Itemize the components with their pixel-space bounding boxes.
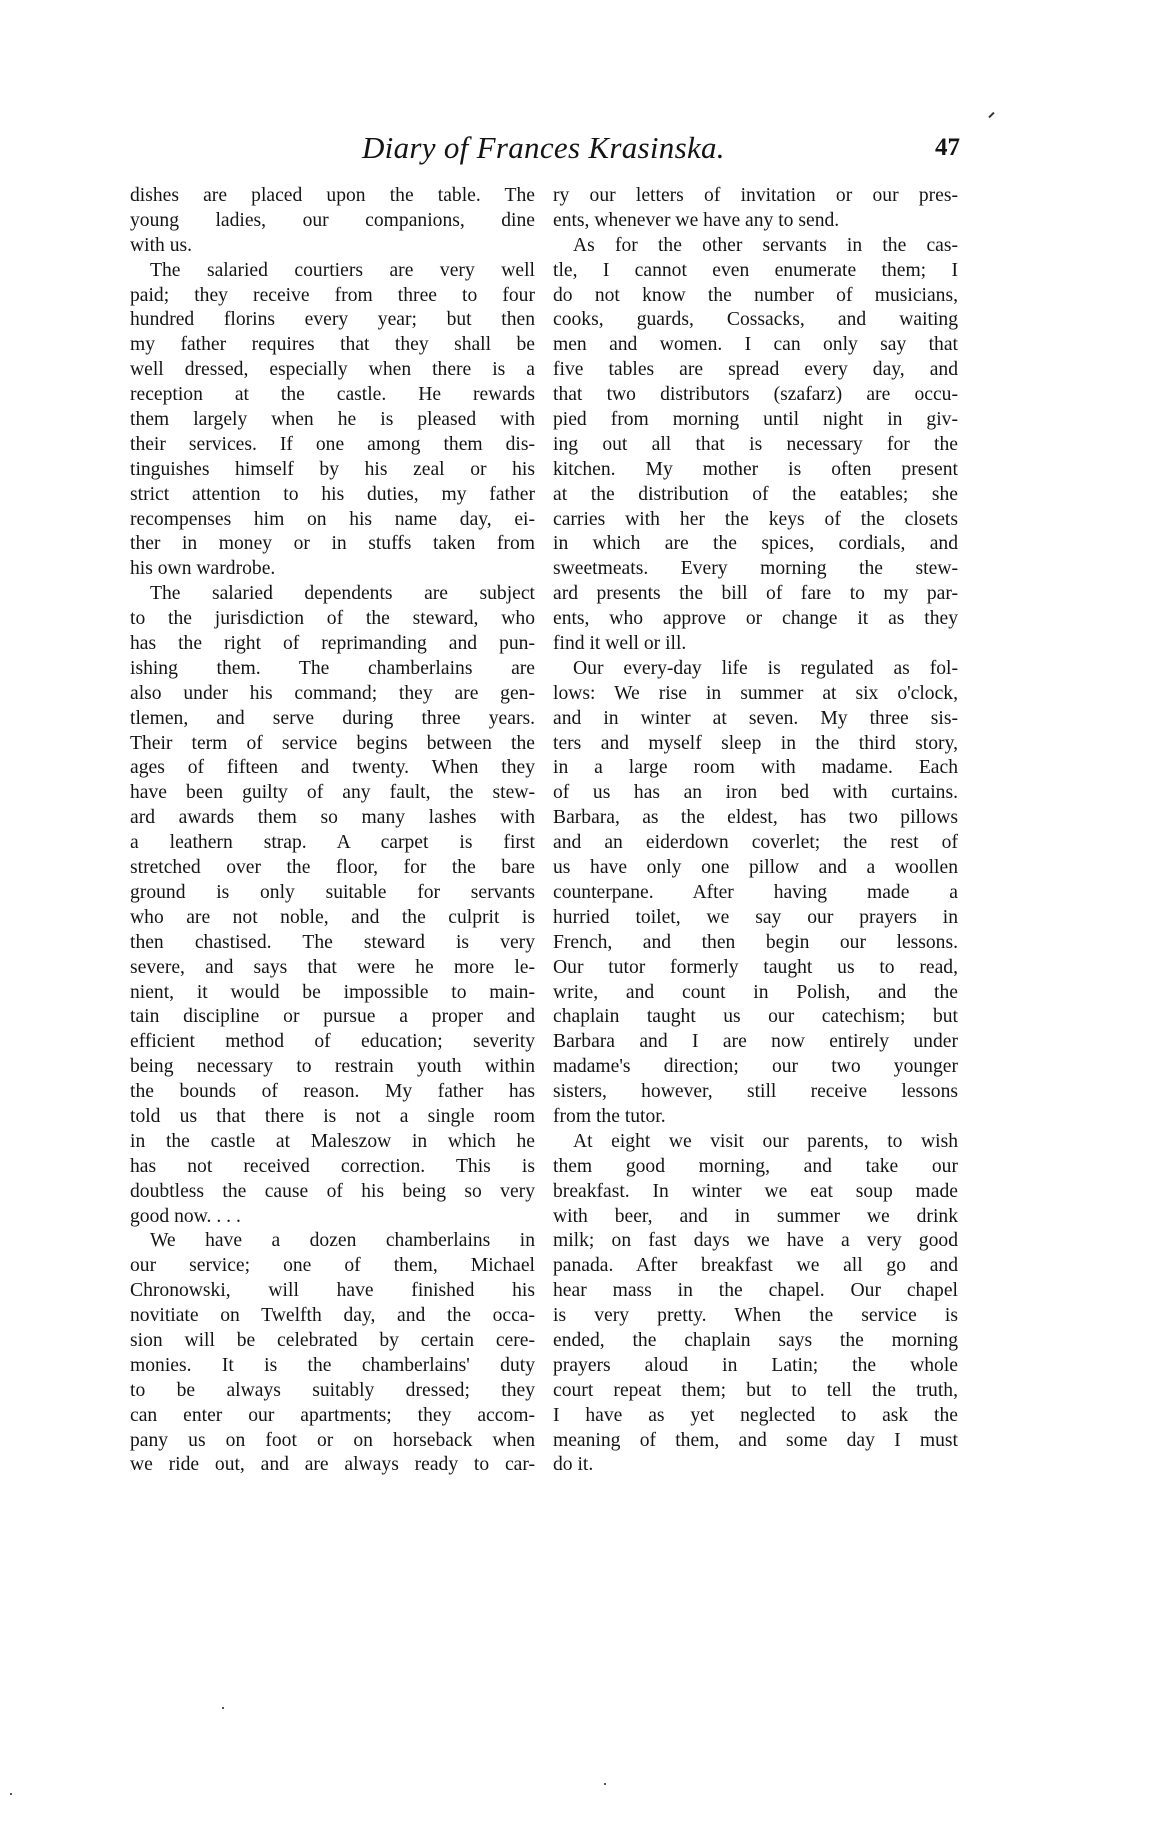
text-line: that two distributors (szafarz) are occu… [553, 383, 958, 408]
text-line: monies. It is the chamberlains' duty [130, 1354, 535, 1379]
text-line: has not received correction. This is [130, 1155, 535, 1180]
text-line: can enter our apartments; they accom- [130, 1404, 535, 1429]
text-line: Our tutor formerly taught us to read, [553, 956, 958, 981]
text-line: doubtless the cause of his being so very [130, 1180, 535, 1205]
text-line: being necessary to restrain youth within [130, 1055, 535, 1080]
text-line: is very pretty. When the service is [553, 1304, 958, 1329]
text-line: nient, it would be impossible to main- [130, 981, 535, 1006]
text-line: Our every-day life is regulated as fol- [553, 657, 958, 682]
text-line: in the castle at Maleszow in which he [130, 1130, 535, 1155]
text-line: has the right of reprimanding and pun- [130, 632, 535, 657]
text-line: We have a dozen chamberlains in [130, 1229, 535, 1254]
text-line: in a large room with madame. Each [553, 756, 958, 781]
text-line: stretched over the floor, for the bare [130, 856, 535, 881]
text-line: them good morning, and take our [553, 1155, 958, 1180]
text-line: recompenses him on his name day, ei- [130, 508, 535, 533]
print-speck [140, 1020, 142, 1022]
text-line: court repeat them; but to tell the truth… [553, 1379, 958, 1404]
text-line: kitchen. My mother is often present [553, 458, 958, 483]
text-line: lows: We rise in summer at six o'clock, [553, 682, 958, 707]
text-line: men and women. I can only say that [553, 333, 958, 358]
text-line: ry our letters of invitation or our pres… [553, 184, 958, 209]
text-line: then chastised. The steward is very [130, 931, 535, 956]
text-line: do not know the number of musicians, [553, 284, 958, 309]
text-line: our service; one of them, Michael [130, 1254, 535, 1279]
text-line: pied from morning until night in giv- [553, 408, 958, 433]
text-line: who are not noble, and the culprit is [130, 906, 535, 931]
text-line: with beer, and in summer we drink [553, 1205, 958, 1230]
text-line: of us has an iron bed with curtains. [553, 781, 958, 806]
text-line: dishes are placed upon the table. The [130, 184, 535, 209]
text-line: strict attention to his duties, my fathe… [130, 483, 535, 508]
text-line: us have only one pillow and a woollen [553, 856, 958, 881]
text-line: French, and then begin our lessons. [553, 931, 958, 956]
print-speck [222, 1707, 224, 1709]
text-line: ard awards them so many lashes with [130, 806, 535, 831]
text-line: ters and myself sleep in the third story… [553, 732, 958, 757]
text-line: sisters, however, still receive lessons [553, 1080, 958, 1105]
text-line: the bounds of reason. My father has [130, 1080, 535, 1105]
text-line: ended, the chaplain says the morning [553, 1329, 958, 1354]
text-line: chaplain taught us our catechism; but [553, 1005, 958, 1030]
text-line: panada. After breakfast we all go and [553, 1254, 958, 1279]
text-line: at the distribution of the eatables; she [553, 483, 958, 508]
text-column-left: dishes are placed upon the table. Theyou… [130, 184, 535, 1478]
text-line: The salaried dependents are subject [130, 582, 535, 607]
text-line: counterpane. After having made a [553, 881, 958, 906]
book-page: Diary of Frances Krasinska. 47 dishes ar… [0, 0, 1152, 1825]
text-line: sion will be celebrated by certain cere- [130, 1329, 535, 1354]
running-title: Diary of Frances Krasinska. [362, 128, 725, 168]
text-line: have been guilty of any fault, the stew- [130, 781, 535, 806]
text-line: severe, and says that were he more le- [130, 956, 535, 981]
text-line: At eight we visit our parents, to wish [553, 1130, 958, 1155]
text-line: ground is only suitable for servants [130, 881, 535, 906]
text-line: and in winter at seven. My three sis- [553, 707, 958, 732]
text-line: meaning of them, and some day I must [553, 1429, 958, 1454]
text-line: prayers aloud in Latin; the whole [553, 1354, 958, 1379]
text-line: hurried toilet, we say our prayers in [553, 906, 958, 931]
text-line: and an eiderdown coverlet; the rest of [553, 831, 958, 856]
text-line: write, and count in Polish, and the [553, 981, 958, 1006]
text-line: with us. [130, 234, 535, 259]
ink-mark [988, 112, 994, 118]
text-line: carries with her the keys of the closets [553, 508, 958, 533]
text-line: paid; they receive from three to four [130, 284, 535, 309]
text-line: we ride out, and are always ready to car… [130, 1453, 535, 1478]
text-line: Barbara, as the eldest, has two pillows [553, 806, 958, 831]
text-line: my father requires that they shall be [130, 333, 535, 358]
text-line: breakfast. In winter we eat soup made [553, 1180, 958, 1205]
text-line: five tables are spread every day, and [553, 358, 958, 383]
text-line: hundred florins every year; but then [130, 308, 535, 333]
text-line: also under his command; they are gen- [130, 682, 535, 707]
text-line: them largely when he is pleased with [130, 408, 535, 433]
text-line: do it. [553, 1453, 958, 1478]
text-line: cooks, guards, Cossacks, and waiting [553, 308, 958, 333]
text-line: ents, who approve or change it as they [553, 607, 958, 632]
text-line: novitiate on Twelfth day, and the occa- [130, 1304, 535, 1329]
text-line: As for the other servants in the cas- [553, 234, 958, 259]
text-line: tle, I cannot even enumerate them; I [553, 259, 958, 284]
text-line: well dressed, especially when there is a [130, 358, 535, 383]
page-number: 47 [935, 128, 960, 168]
text-line: Chronowski, will have finished his [130, 1279, 535, 1304]
text-line: ages of fifteen and twenty. When they [130, 756, 535, 781]
text-line: pany us on foot or on horseback when [130, 1429, 535, 1454]
text-line: hear mass in the chapel. Our chapel [553, 1279, 958, 1304]
text-line: young ladies, our companions, dine [130, 209, 535, 234]
print-speck [604, 1783, 606, 1785]
text-line: reception at the castle. He rewards [130, 383, 535, 408]
text-line: milk; on fast days we have a very good [553, 1229, 958, 1254]
text-line: ing out all that is necessary for the [553, 433, 958, 458]
text-column-right: ry our letters of invitation or our pres… [553, 184, 958, 1478]
text-line: madame's direction; our two younger [553, 1055, 958, 1080]
text-line: efficient method of education; severity [130, 1030, 535, 1055]
text-line: ishing them. The chamberlains are [130, 657, 535, 682]
text-line: Barbara and I are now entirely under [553, 1030, 958, 1055]
text-line: tlemen, and serve during three years. [130, 707, 535, 732]
text-line: good now. . . . [130, 1205, 535, 1230]
text-line: tain discipline or pursue a proper and [130, 1005, 535, 1030]
text-line: from the tutor. [553, 1105, 958, 1130]
text-line: The salaried courtiers are very well [130, 259, 535, 284]
print-speck [10, 1793, 12, 1795]
text-line: tinguishes himself by his zeal or his [130, 458, 535, 483]
running-head: Diary of Frances Krasinska. 47 [130, 128, 960, 168]
text-line: to be always suitably dressed; they [130, 1379, 535, 1404]
text-line: find it well or ill. [553, 632, 958, 657]
text-line: a leathern strap. A carpet is first [130, 831, 535, 856]
text-line: ents, whenever we have any to send. [553, 209, 958, 234]
text-line: sweetmeats. Every morning the stew- [553, 557, 958, 582]
text-line: told us that there is not a single room [130, 1105, 535, 1130]
text-line: his own wardrobe. [130, 557, 535, 582]
text-line: in which are the spices, cordials, and [553, 532, 958, 557]
text-line: Their term of service begins between the [130, 732, 535, 757]
text-line: to the jurisdiction of the steward, who [130, 607, 535, 632]
text-line: their services. If one among them dis- [130, 433, 535, 458]
text-line: I have as yet neglected to ask the [553, 1404, 958, 1429]
text-line: ard presents the bill of fare to my par- [553, 582, 958, 607]
text-line: ther in money or in stuffs taken from [130, 532, 535, 557]
